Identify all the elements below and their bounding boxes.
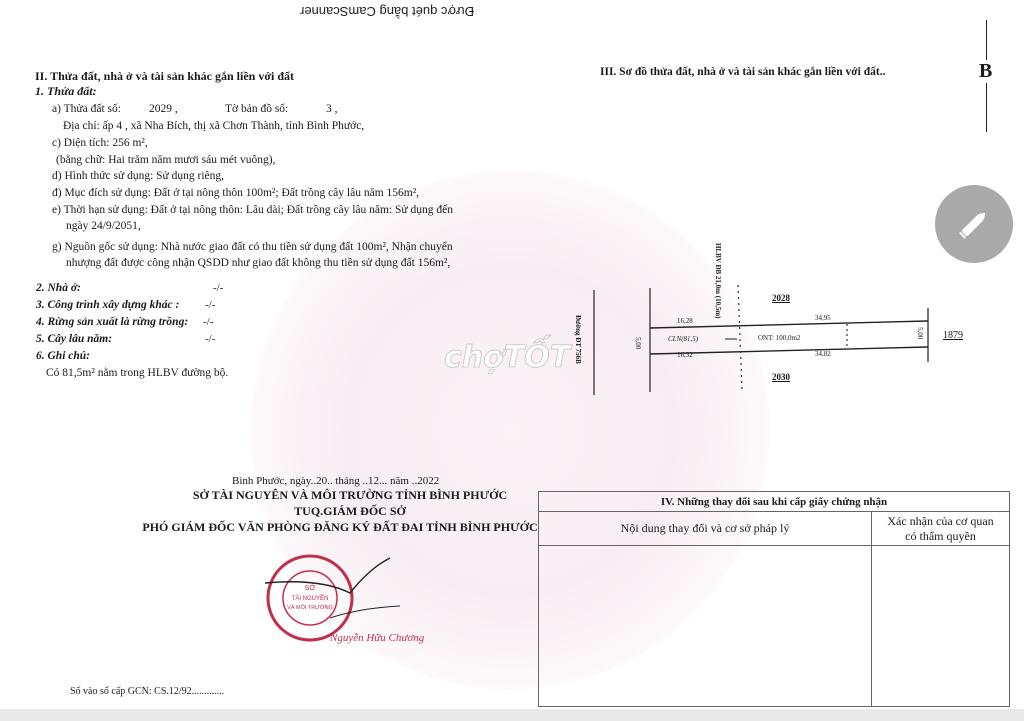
note-title: 6. Ghi chú: — [36, 350, 90, 362]
section3-title: III. Sơ đồ thửa đất, nhà ở và tài sản kh… — [600, 66, 885, 78]
col-confirmation-header: Xác nhận của cơ quan có thẩm quyền — [872, 512, 1010, 546]
parcel-number: 2029 , — [149, 103, 178, 115]
stamp-mid2-text: VÀ MÔI TRƯỜNG — [287, 604, 333, 611]
col-changes-header: Nội dung thay đổi và cơ sở pháp lý — [539, 512, 872, 546]
chotot-watermark: chợTỐT — [444, 340, 570, 375]
bottom-right-length: 34,82 — [815, 350, 831, 358]
right-width: 5,00 — [916, 327, 924, 339]
top-left-length: 16,28 — [677, 317, 693, 325]
date-line: Bình Phước, ngày..20.. tháng ..12... năm… — [232, 475, 439, 487]
stamp-top-text: SỞ — [305, 583, 316, 592]
ont-label: ONT: 100,0m2 — [758, 334, 800, 342]
item-perennial-label: 5. Cây lâu năm: — [36, 333, 112, 345]
origin-line2: nhượng đất được công nhận QSDD như giao … — [66, 257, 450, 269]
col-confirmation-line2: có thẩm quyền — [873, 529, 1008, 544]
neighbor-top: 2028 — [772, 293, 790, 303]
signer-role2: PHÓ GIÁM ĐỐC VĂN PHÒNG ĐĂNG KÝ ĐẤT ĐAI T… — [130, 520, 550, 535]
item-house-value: -/- — [213, 282, 223, 294]
parcel-diagram — [580, 240, 1000, 400]
item-other-construction-value: -/- — [205, 299, 215, 311]
org-name: SỞ TÀI NGUYÊN VÀ MÔI TRƯỜNG TỈNH BÌNH PH… — [180, 488, 520, 503]
neighbor-right: 1879 — [943, 330, 963, 341]
col-confirmation-line1: Xác nhận của cơ quan — [873, 514, 1008, 529]
north-letter: B — [978, 60, 993, 83]
usage-term-line2: ngày 24/9/2051, — [66, 220, 141, 232]
section2-title: II. Thửa đất, nhà ở và tài sản khác gắn … — [35, 69, 294, 84]
scanner-note: Được quét bằng CamScanner — [300, 4, 474, 19]
item-house-label: 2. Nhà ở: — [36, 282, 81, 294]
cln-label: CLN(81,5) — [668, 335, 698, 343]
left-width: 5,00 — [634, 337, 642, 349]
usage-form: d) Hình thức sử dụng: Sử dụng riêng, — [52, 170, 224, 182]
note-text: Có 81,5m² nằm trong HLBV đường bộ. — [46, 367, 228, 379]
usage-purpose: đ) Mục đích sử dụng: Đất ở tại nông thôn… — [52, 187, 419, 199]
bottom-left-length: 16,32 — [677, 351, 693, 359]
address: Địa chỉ: ấp 4 , xã Nha Bích, thị xã Chơn… — [63, 120, 364, 132]
signer-role1: TUQ.GIÁM ĐỐC SỞ — [180, 504, 520, 519]
section4-title: IV. Những thay đổi sau khi cấp giấy chứn… — [539, 492, 1010, 512]
item-perennial-value: -/- — [205, 333, 215, 345]
area-in-words: (bằng chữ: Hai trăm năm mươi sáu mét vuô… — [56, 154, 275, 166]
hlbv-label: HLBV ĐB 21,0m (10,5m) — [714, 243, 722, 319]
changes-table: IV. Những thay đổi sau khi cấp giấy chứn… — [538, 491, 1010, 707]
signer-name: Nguyễn Hữu Chương — [330, 632, 424, 644]
parcel-label: a) Thửa đất số: — [52, 103, 121, 115]
section2-sub1-title: 1. Thửa đất: — [35, 84, 97, 99]
usage-term-line1: e) Thời hạn sử dụng: Đất ở tại nông thôn… — [52, 204, 453, 216]
changes-cell — [539, 546, 872, 707]
bottom-bar — [0, 709, 1024, 721]
stamp-mid1-text: TÀI NGUYÊN — [292, 594, 329, 602]
registry-number: Số vào sổ cấp GCN: CS.12/92............. — [70, 686, 224, 697]
origin-line1: g) Nguồn gốc sử dụng: Nhà nước giao đất … — [52, 241, 453, 253]
road-label: Đường ĐT 756B — [574, 315, 582, 364]
map-sheet-label: Tờ bản đồ số: — [225, 103, 288, 115]
confirmation-cell — [872, 546, 1010, 707]
edit-button[interactable] — [935, 185, 1013, 263]
neighbor-bottom: 2030 — [772, 372, 790, 382]
item-other-construction-label: 3. Công trình xây dựng khác : — [36, 299, 179, 311]
map-sheet-number: 3 , — [326, 103, 338, 115]
top-right-length: 34,95 — [815, 314, 831, 322]
item-forest-label: 4. Rừng sản xuất là rừng trồng: — [36, 316, 188, 328]
item-forest-value: -/- — [203, 316, 213, 328]
pencil-icon — [954, 204, 994, 244]
area: c) Diện tích: 256 m², — [52, 137, 148, 149]
